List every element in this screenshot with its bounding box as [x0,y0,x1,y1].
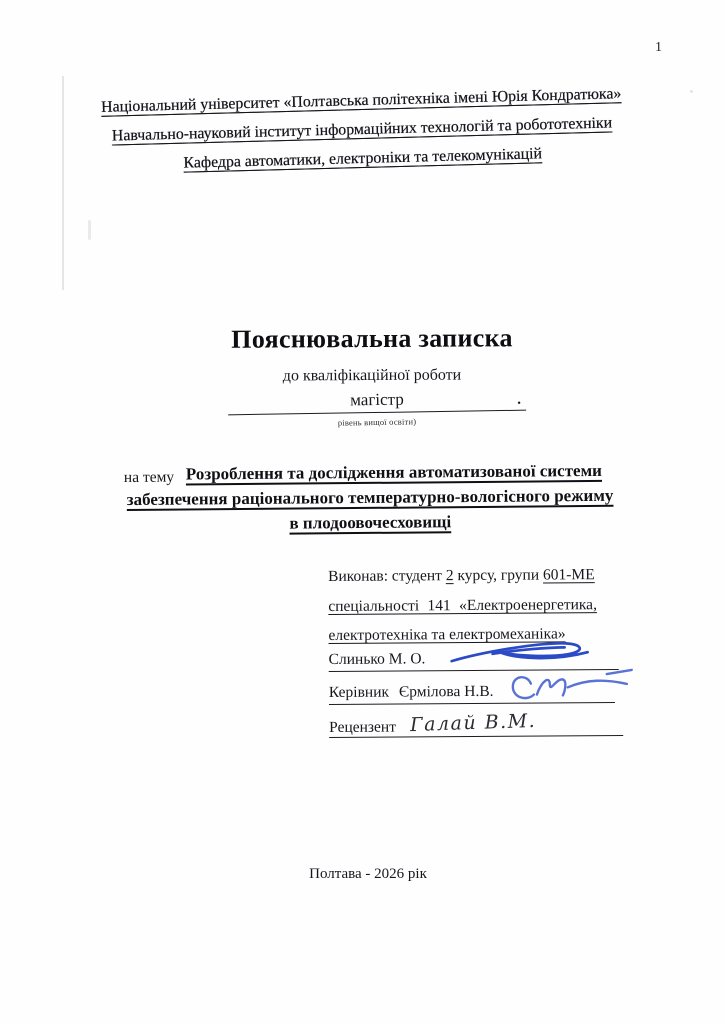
degree-value: магістр [350,390,404,410]
performer-prefix: Виконав: студент [328,567,442,585]
topic-section: на тему Розроблення та дослідження автом… [0,0,720,3]
reviewer-label: Рецензент [329,719,396,736]
topic-line-1: Розроблення та дослідження автоматизован… [186,461,602,485]
topic-line-3: в плодоовочесховищі [289,512,451,532]
page-number: 1 [655,40,662,56]
document-subtitle: до кваліфікаційної роботи [10,365,724,387]
credentials-section: Виконав: студент 2 курсу, групи 601-МЕ с… [328,564,629,746]
degree-caption: рівень вищої освіти) [228,415,526,430]
student-name: Слинько М. О. [329,650,426,668]
topic-line-2: забезпечення раціонального температурно-… [127,486,614,509]
degree-period: . [517,392,521,409]
scan-smudge-artifact [88,220,91,240]
supervisor-name: Єрмілова Н.В. [399,683,494,701]
supervisor-signature-line: КерівникЄрмілова Н.В. [329,676,615,705]
reviewer-signature-line: РецензентГалай В.М. [329,709,623,738]
group-code: 601-МЕ [543,566,595,583]
specialty-text-2: електротехніка та електромеханіка» [328,625,565,644]
degree-field: магістр . [228,388,526,416]
document-page: 1 Національний університет «Полтавська п… [0,0,724,1024]
performer-line: Виконав: студент 2 курсу, групи 601-МЕ [328,566,595,586]
course-suffix: курсу, групи [457,567,539,585]
specialty-line-1: спеціальності 141 «Електроенергетика, [328,596,597,616]
course-number: 2 [446,567,454,584]
student-signature-line: Слинько М. О. [329,643,619,672]
reviewer-name-handwritten: Галай В.М. [409,706,536,740]
topic-label: на тему [124,469,174,487]
institution-header: Національний університет «Полтавська пол… [31,77,693,181]
specialty-text-1: спеціальності 141 «Електроенергетика, [328,596,597,615]
document-title: Пояснювальна записка [10,322,724,356]
supervisor-label: Керівник [329,684,389,701]
footer-city-year: Полтава - 2026 рік [6,866,724,883]
specialty-line-2: електротехніка та електромеханіка» [328,625,565,645]
